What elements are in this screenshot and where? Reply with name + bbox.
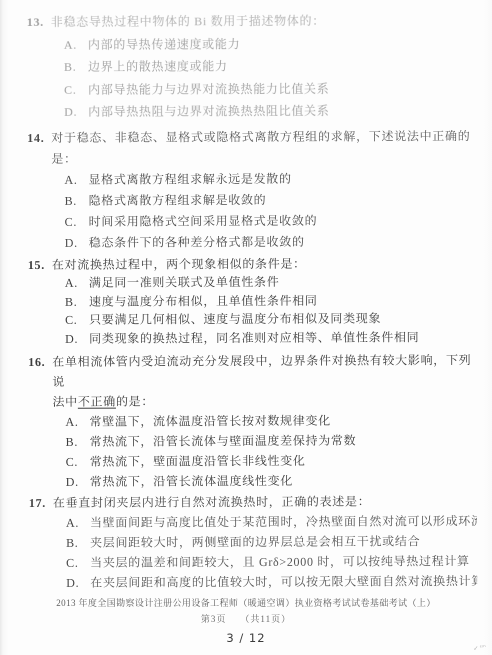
option-label: C. (66, 452, 90, 472)
option-label: B. (65, 190, 89, 211)
option-label: A. (64, 169, 88, 190)
question-14: 14. 对于稳态、非稳态、显格式或隐格式离散方程组的求解，下述说法中正确的是： … (27, 126, 476, 254)
option-text: 稳态条件下的各种差分格式都是收敛的 (89, 231, 476, 254)
option-row: C. 常热流下，壁面温度沿管长非线性变化 (29, 450, 477, 472)
option-text: 夹层间距较大时，两侧壁面的边界层总是会相互干扰或结合 (90, 531, 477, 553)
option-label: C. (65, 211, 89, 232)
option-row: A. 当壁面间距与高度比值处于某范围时，冷热壁面自然对流可以形成环流 (29, 511, 477, 533)
scan-artifact: ✓ ᵗᵐ (473, 644, 486, 652)
option-label: C. (65, 311, 89, 330)
option-text: 边界上的散热速度或能力 (88, 54, 475, 78)
option-text: 速度与温度分布相似，且单值性条件相同 (89, 291, 476, 311)
option-label: C. (66, 553, 90, 573)
option-row: A. 内部的导热传递速度或能力 (27, 32, 475, 56)
question-stem: 在对流换热过程中，两个现象相似的条件是： (52, 254, 476, 274)
question-number: 13. (27, 11, 51, 34)
option-label: A. (65, 274, 89, 293)
footer-page-number: 第3页（共11页） (0, 612, 492, 625)
option-label: A. (65, 412, 89, 432)
question-number: 14. (27, 127, 51, 169)
option-label: B. (64, 56, 88, 79)
option-text: 常热流下，壁面温度沿管长非线性变化 (90, 450, 477, 472)
option-text: 当壁面间距与高度比值处于某范围时，冷热壁面自然对流可以形成环流 (90, 511, 477, 533)
question-stem-line2: 法中不正确的是： (28, 390, 476, 412)
option-row: B. 隐格式离散方程组求解是收敛的 (28, 189, 476, 212)
question-stem: 非稳态导热过程中物体的 Bi 数用于描述物体的： (51, 9, 475, 33)
option-row: A. 常壁温下，流体温度沿管长按对数规律变化 (28, 410, 476, 432)
option-text: 常热流下，沿管长流体与壁面温度差保持为常数 (90, 430, 477, 452)
question-number: 15. (28, 255, 52, 274)
option-row: C. 只要满足几何相似、速度与温度分布相似及同类现象 (28, 309, 476, 329)
question-13: 13. 非稳态导热过程中物体的 Bi 数用于描述物体的： A. 内部的导热传递速… (27, 9, 475, 123)
option-text: 时间采用隐格式空间采用显格式是收敛的 (89, 210, 476, 233)
option-text: 常壁温下，流体温度沿管长按对数规律变化 (89, 410, 476, 432)
question-stem: 在垂直封闭夹层内进行自然对流换热时，正确的表述是： (53, 491, 477, 513)
stem-text: 法中 (52, 395, 77, 409)
option-label: A. (64, 33, 88, 56)
footer-total-pages: （共11页） (240, 614, 291, 624)
option-label: B. (65, 292, 89, 311)
underlined-keyword: 不正确 (78, 395, 116, 409)
option-row: A. 满足同一准则关联式及单值性条件 (28, 272, 476, 292)
option-row: C. 当夹层的温差和间距较大，且 Grδ>2000 时，可以按纯导热过程计算 (29, 551, 477, 573)
option-row: B. 边界上的散热速度或能力 (27, 54, 475, 78)
option-row: B. 夹层间距较大时，两侧壁面的边界层总是会相互干扰或结合 (29, 531, 477, 553)
option-label: D. (64, 101, 88, 124)
question-16: 16. 在单相流体管内受迫流动充分发展段中，边界条件对换热有较大影响，下列说 法… (28, 350, 477, 492)
question-stem: 在单相流体管内受迫流动充分发展段中，边界条件对换热有较大影响，下列说 (52, 350, 476, 392)
option-row: D. 稳态条件下的各种差分格式都是收敛的 (28, 231, 476, 254)
option-text: 只要满足几何相似、速度与温度分布相似及同类现象 (89, 309, 476, 329)
pdf-page-indicator: 3 / 12 (0, 631, 492, 645)
footer-current-page: 第3页 (201, 614, 227, 624)
option-row: C. 内部导热能力与边界对流换热能力比值关系 (27, 77, 475, 101)
scanned-exam-page: 13. 非稳态导热过程中物体的 Bi 数用于描述物体的： A. 内部的导热传递速… (0, 0, 492, 655)
question-15: 15. 在对流换热过程中，两个现象相似的条件是： A. 满足同一准则关联式及单值… (28, 254, 476, 348)
option-text: 显格式离散方程组求解永远是发散的 (88, 168, 475, 191)
option-text: 常热流下，沿管长流体温度线性变化 (90, 470, 477, 492)
option-text: 同类现象的换热过程，同名准则对应相等、单值性条件相同 (89, 328, 476, 348)
option-text: 满足同一准则关联式及单值性条件 (89, 272, 476, 292)
option-label: B. (66, 432, 90, 452)
option-row: B. 常热流下，沿管长流体与壁面温度差保持为常数 (29, 430, 477, 452)
option-label: D. (65, 232, 89, 253)
question-number: 16. (28, 352, 52, 392)
page-content: 13. 非稳态导热过程中物体的 Bi 数用于描述物体的： A. 内部的导热传递速… (27, 9, 478, 593)
stem-text: 的是： (116, 394, 154, 408)
option-row: C. 时间采用隐格式空间采用显格式是收敛的 (28, 210, 476, 233)
question-17: 17. 在垂直封闭夹层内进行自然对流换热时，正确的表述是： A. 当壁面间距与高… (29, 491, 477, 593)
option-text: 在夹层间距和高度的比值较大时，可以按无限大壁面自然对流换热计算 (90, 571, 477, 593)
question-stem: 对于稳态、非稳态、显格式或隐格式离散方程组的求解，下述说法中正确的是： (51, 126, 475, 170)
option-label: C. (64, 78, 88, 101)
option-label: D. (66, 573, 90, 593)
option-text: 内部导热热阻与边界对流换热热阻比值关系 (88, 99, 475, 123)
option-label: D. (65, 329, 89, 348)
option-label: B. (66, 533, 90, 553)
option-label: A. (66, 513, 90, 533)
option-text: 内部导热能力与边界对流换热能力比值关系 (88, 77, 475, 101)
option-row: A. 显格式离散方程组求解永远是发散的 (27, 168, 475, 191)
option-row: D. 内部导热热阻与边界对流换热热阻比值关系 (27, 99, 475, 123)
option-row: D. 在夹层间距和高度的比值较大时，可以按无限大壁面自然对流换热计算 (29, 571, 477, 593)
option-row: D. 同类现象的换热过程，同名准则对应相等、单值性条件相同 (28, 328, 476, 348)
option-text: 隐格式离散方程组求解是收敛的 (89, 189, 476, 212)
option-row: D. 常热流下，沿管长流体温度线性变化 (29, 470, 477, 492)
question-number: 17. (29, 493, 53, 513)
option-text: 内部的导热传递速度或能力 (88, 32, 475, 56)
option-text: 当夹层的温差和间距较大，且 Grδ>2000 时，可以按纯导热过程计算 (90, 551, 477, 573)
option-row: B. 速度与温度分布相似，且单值性条件相同 (28, 291, 476, 311)
option-label: D. (66, 472, 90, 492)
footer-exam-title: 2013 年度全国勘察设计注册公用设备工程师（暖通空调）执业资格考试试卷基础考试… (0, 596, 492, 609)
